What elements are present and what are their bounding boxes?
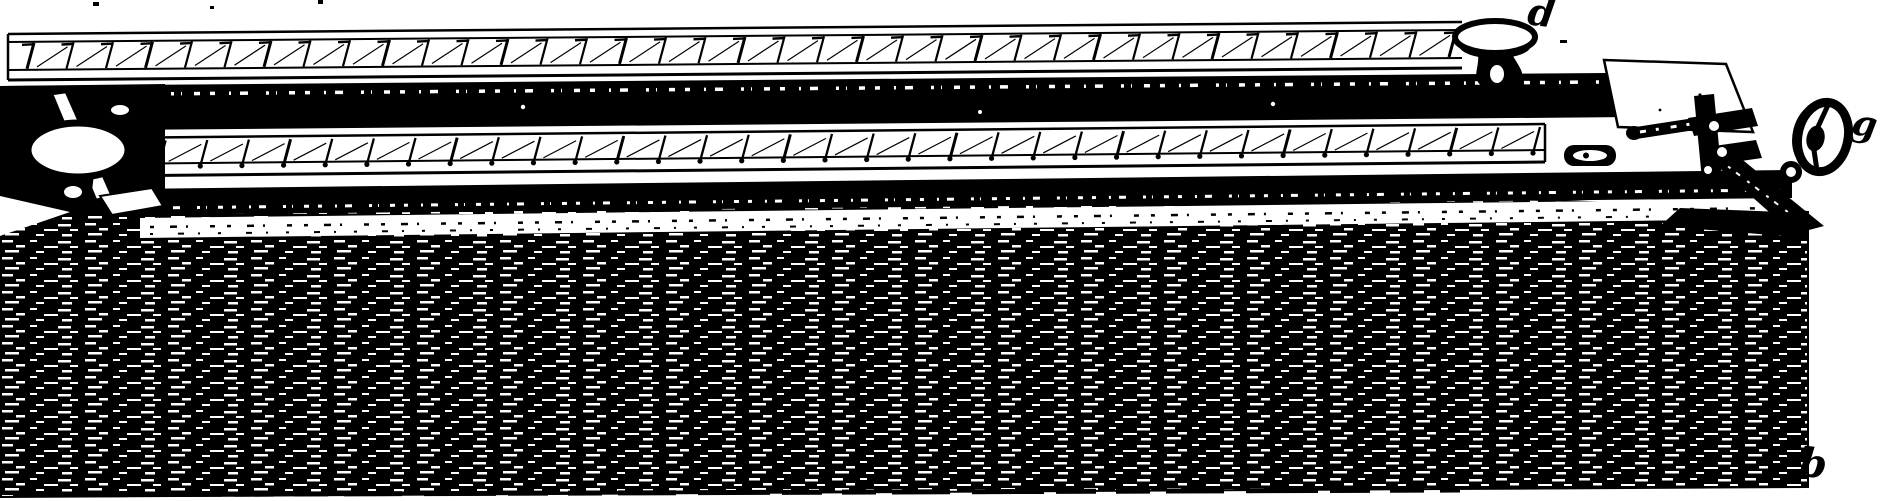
stray-specks (93, 0, 1567, 43)
main-channel-band (2, 73, 1634, 131)
binding-post (0, 84, 165, 236)
label-base-b: b (1797, 443, 1829, 486)
engraving-canvas (0, 0, 1893, 501)
top-ruler (8, 22, 1462, 80)
label-knob-d: d (1525, 0, 1557, 34)
lower-ruler (100, 124, 1545, 176)
wooden-base (0, 198, 1808, 497)
engraving-figure: d g b (0, 0, 1893, 501)
board-slot (1564, 145, 1616, 166)
